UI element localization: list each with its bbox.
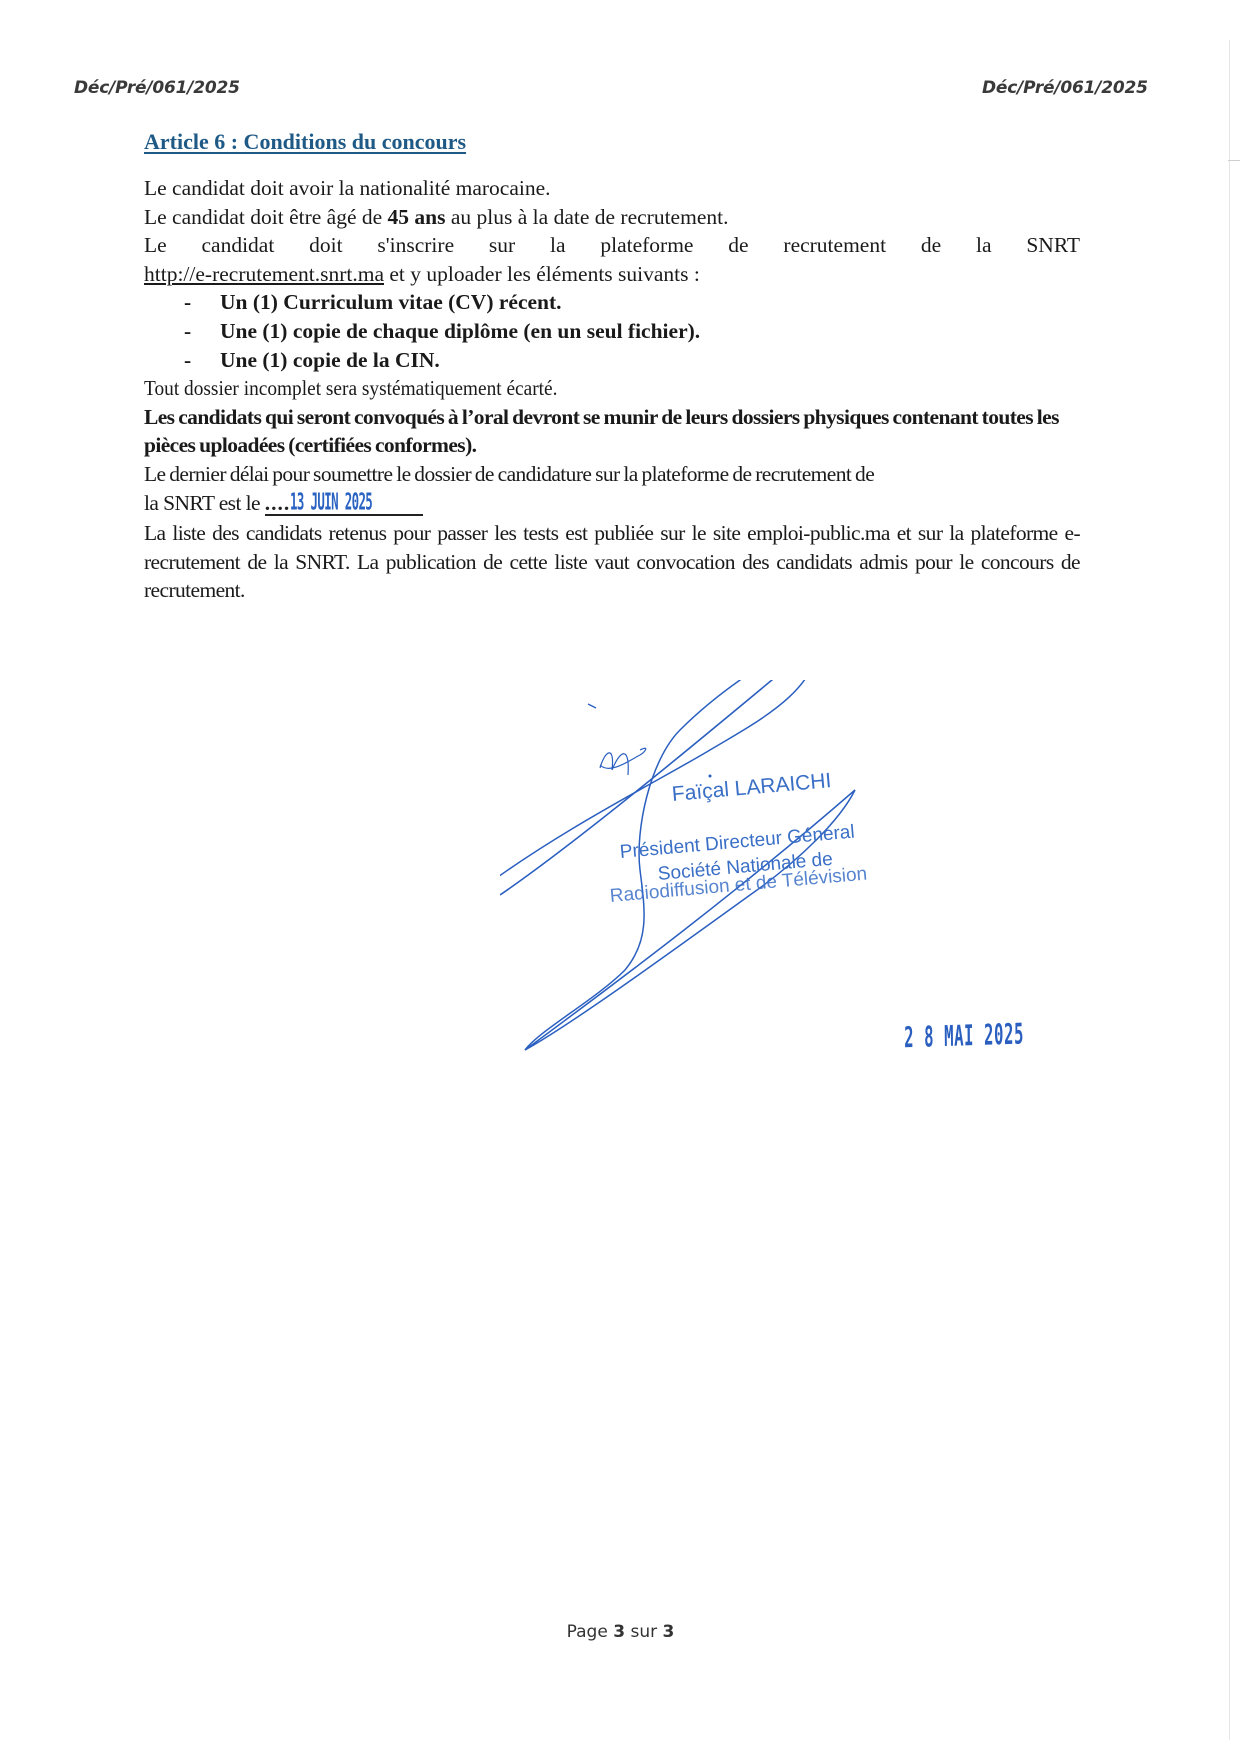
required-documents-list: -Un (1) Curriculum vitae (CV) récent. -U… — [144, 288, 1080, 374]
age-condition: Le candidat doit être âgé de 45 ans au p… — [144, 203, 1080, 232]
registration-link-line: http://e-recrutement.snrt.ma et y upload… — [144, 260, 1080, 289]
age-limit: 45 ans — [388, 205, 446, 229]
current-page-number: 3 — [613, 1622, 625, 1642]
list-bullet: - — [184, 288, 191, 317]
list-item: -Une (1) copie de chaque diplôme (en un … — [144, 317, 1080, 346]
registration-condition: Le candidat doit s'inscrire sur la plate… — [144, 231, 1080, 260]
signature-block: Faïçal LARAICHI Président Directeur Géné… — [500, 680, 980, 1080]
list-item: -Un (1) Curriculum vitae (CV) récent. — [144, 288, 1080, 317]
page-footer: Page 3 sur 3 — [0, 1622, 1241, 1642]
total-pages: 3 — [663, 1622, 675, 1642]
list-item-text: Un (1) Curriculum vitae (CV) récent. — [220, 290, 562, 314]
deadline-date-stamp: 13 JUIN 2025 — [290, 488, 372, 513]
incomplete-notice: Tout dossier incomplet sera systématique… — [144, 374, 1080, 403]
deadline-dots-before: .... — [265, 491, 291, 515]
recruitment-platform-link[interactable]: http://e-recrutement.snrt.ma — [144, 262, 384, 286]
list-item: -Une (1) copie de la CIN. — [144, 346, 1080, 375]
upload-instructions: et y uploader les éléments suivants : — [384, 262, 700, 286]
scan-edge-line — [1229, 40, 1230, 1740]
article-content: Article 6 : Conditions du concours Le ca… — [144, 128, 1080, 605]
list-item-text: Une (1) copie de la CIN. — [220, 348, 440, 372]
deadline-date-line: la SNRT est le ....13 JUIN 2025 — [144, 489, 1080, 518]
article-title: Article 6 : Conditions du concours — [144, 128, 1080, 156]
reference-number-left: Déc/Pré/061/2025 — [74, 78, 240, 98]
reference-number-right: Déc/Pré/061/2025 — [982, 78, 1148, 98]
publication-paragraph: La liste des candidats retenus pour pass… — [144, 519, 1080, 605]
list-bullet: - — [184, 317, 191, 346]
incomplete-notice-text: Tout dossier incomplet sera systématique… — [144, 374, 557, 403]
deadline-line: Le dernier délai pour soumettre le dossi… — [144, 460, 1080, 489]
oral-notice: Les candidats qui seront convoqués à l’o… — [144, 403, 1080, 460]
list-bullet: - — [184, 346, 191, 375]
page-separator: sur — [625, 1622, 662, 1642]
signature-date-stamp: 2 8 MAI 2025 — [904, 1018, 1024, 1055]
scan-edge-tick — [1228, 160, 1240, 161]
nationality-condition: Le candidat doit avoir la nationalité ma… — [144, 174, 1080, 203]
page-label: Page — [567, 1622, 614, 1642]
list-item-text: Une (1) copie de chaque diplôme (en un s… — [220, 319, 700, 343]
age-text-before: Le candidat doit être âgé de — [144, 205, 388, 229]
deadline-field: ....13 JUIN 2025 — [265, 492, 423, 516]
deadline-prefix: la SNRT est le — [144, 491, 265, 515]
age-text-after: au plus à la date de recrutement. — [446, 205, 729, 229]
document-page: Déc/Pré/061/2025 Déc/Pré/061/2025 Articl… — [0, 0, 1241, 1754]
